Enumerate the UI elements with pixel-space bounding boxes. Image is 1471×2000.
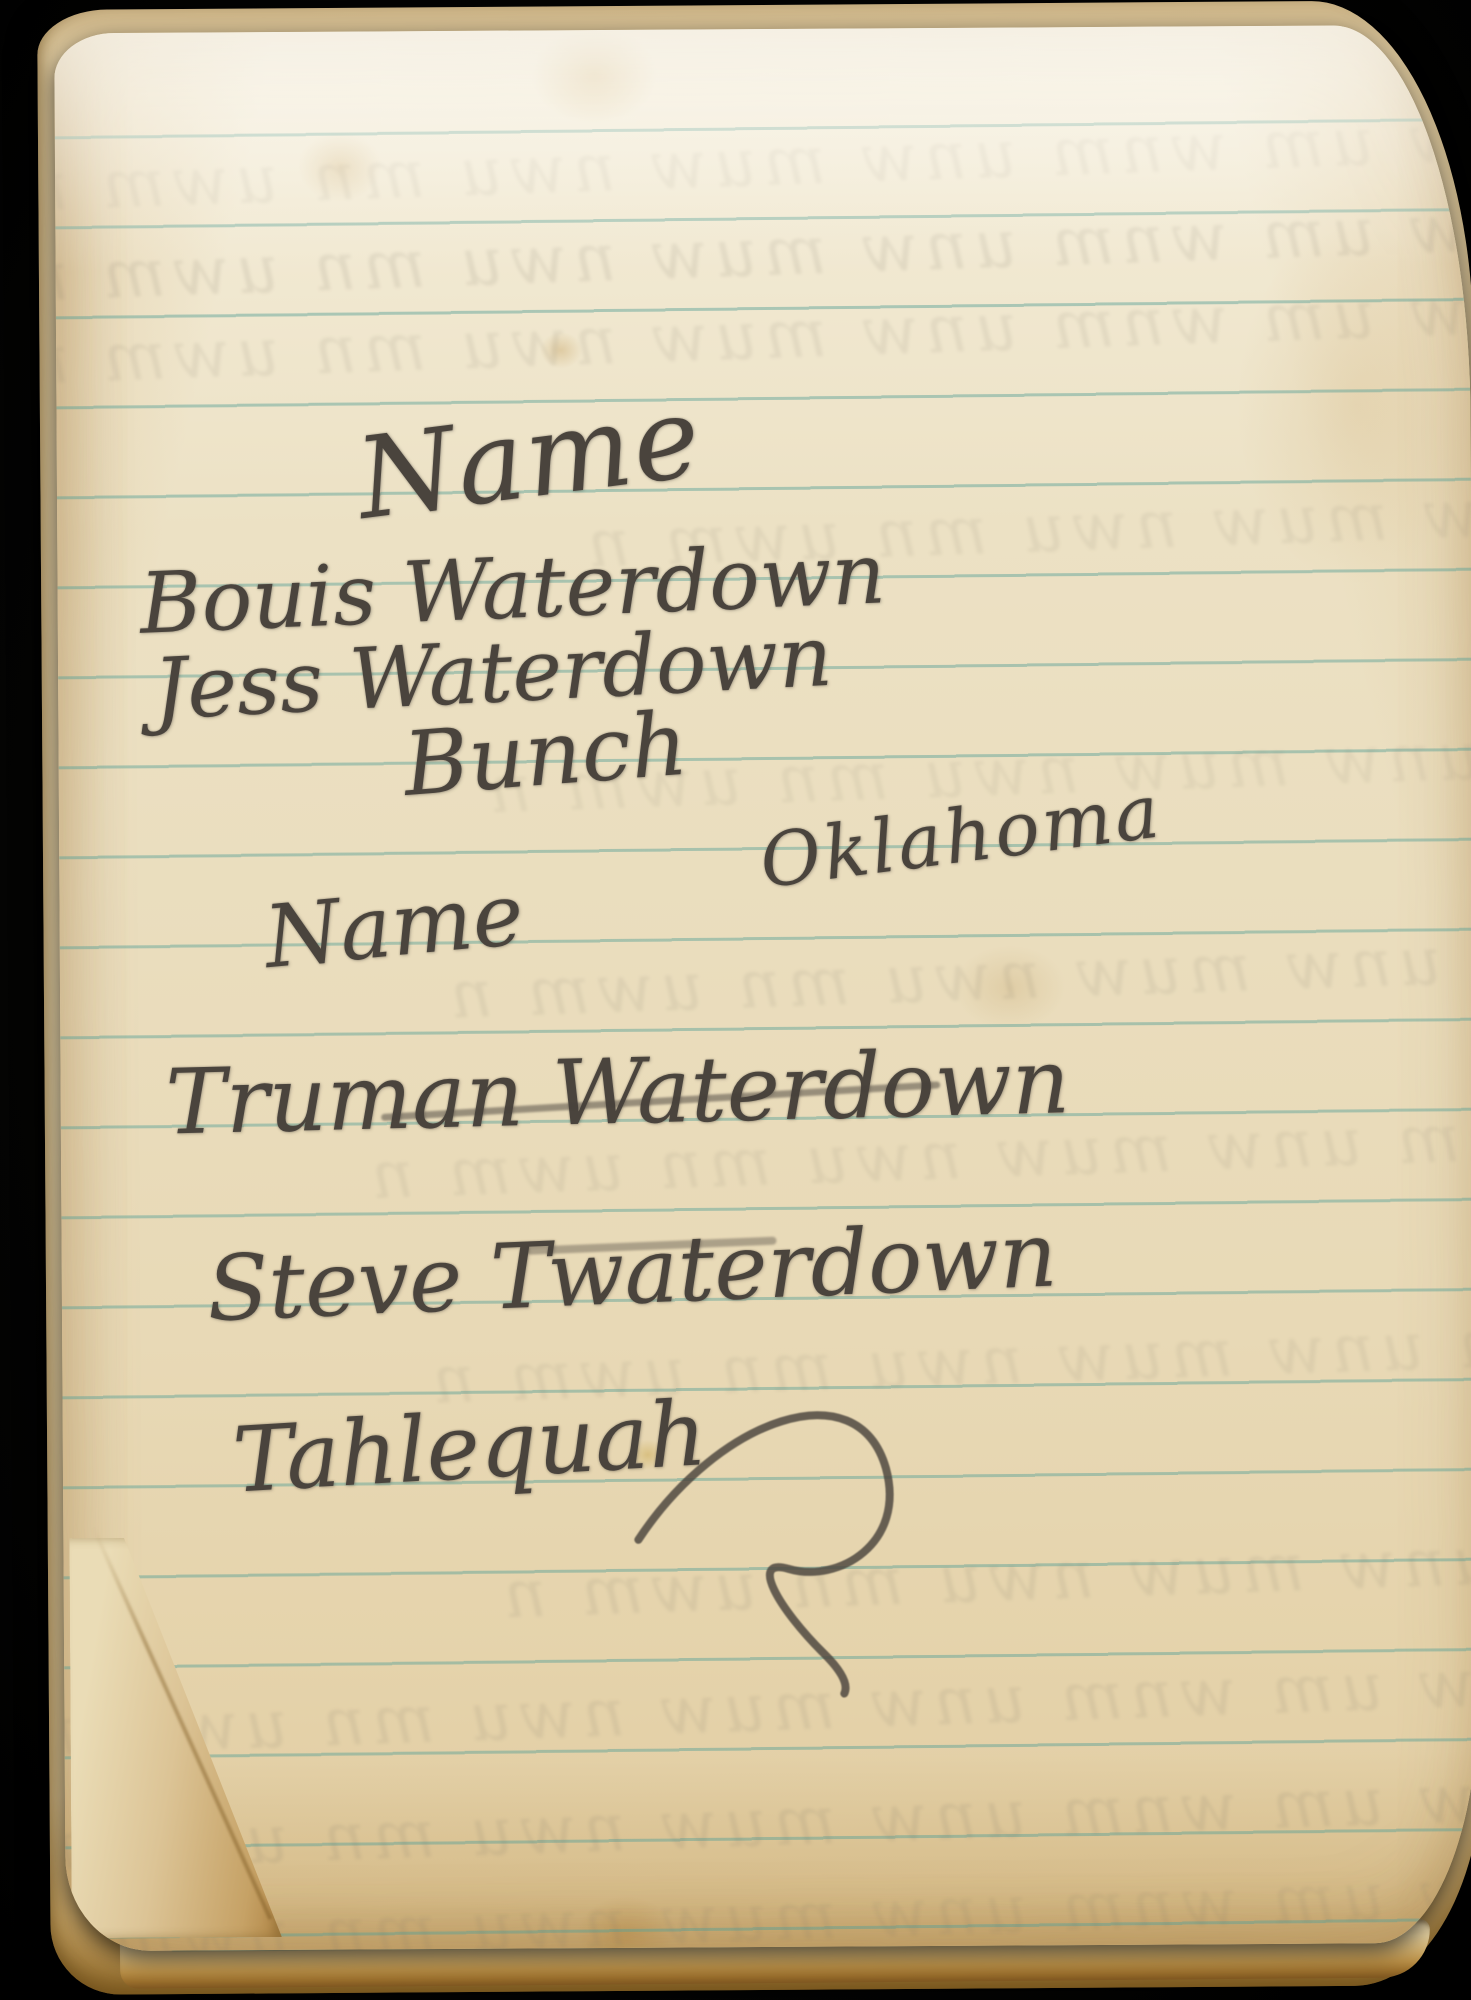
- page-curve-highlight: [54, 25, 1469, 274]
- notebook-page: nw um wnm unw muw nwu mn uwm nmu wun nw …: [54, 25, 1471, 1952]
- ruled-lines: [54, 41, 1471, 1952]
- photo-backdrop: nw um wnm unw muw nwu mn uwm nmu wun nw …: [0, 0, 1471, 2000]
